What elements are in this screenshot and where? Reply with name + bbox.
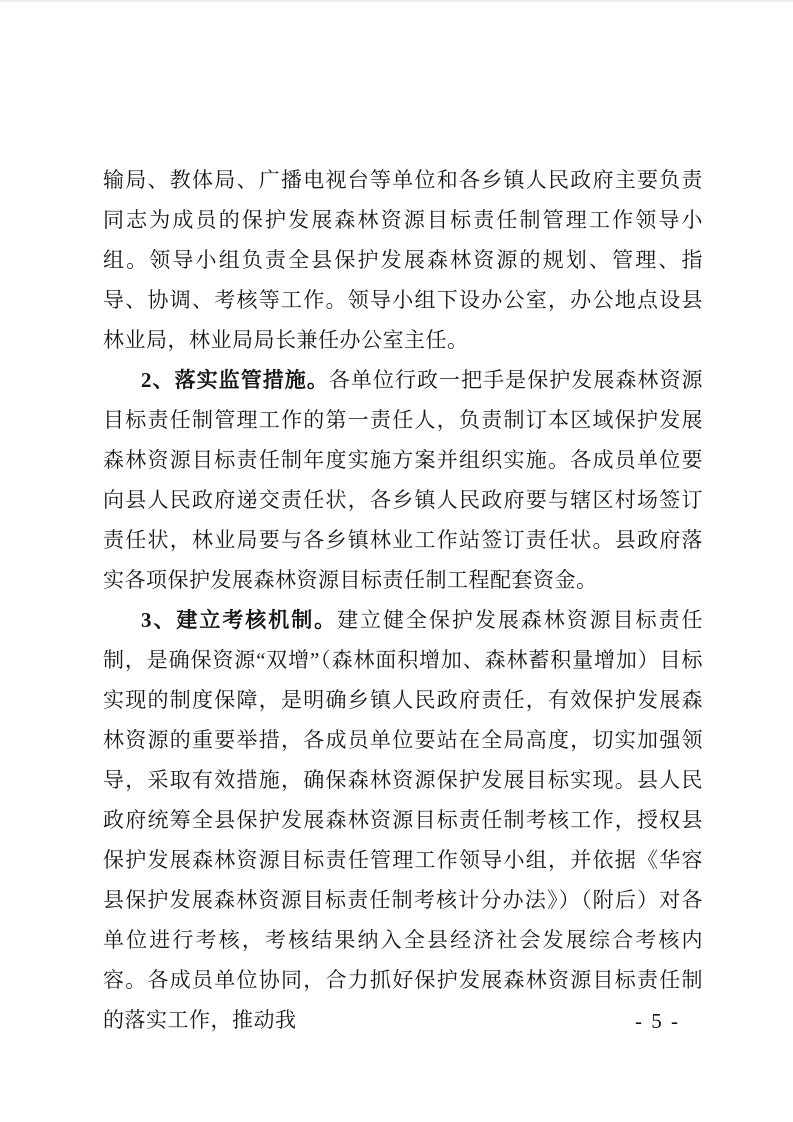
paragraph-text: 建立健全保护发展森林资源目标责任制，是确保资源“双增”（森林面积增加、森林蓄积量…	[103, 608, 703, 1032]
paragraph-lead: 2、落实监管措施。	[141, 368, 329, 392]
paragraph-lead: 3、建立考核机制。	[141, 608, 337, 632]
document-body: 输局、教体局、广播电视台等单位和各乡镇人民政府主要负责同志为成员的保护发展森林资…	[103, 160, 703, 1040]
paragraph-text: 输局、教体局、广播电视台等单位和各乡镇人民政府主要负责同志为成员的保护发展森林资…	[103, 168, 703, 352]
paragraph-item-3: 3、建立考核机制。建立健全保护发展森林资源目标责任制，是确保资源“双增”（森林面…	[103, 600, 703, 1040]
paragraph-text: 各单位行政一把手是保护发展森林资源目标责任制管理工作的第一责任人，负责制订本区域…	[103, 368, 703, 592]
paragraph-continuation: 输局、教体局、广播电视台等单位和各乡镇人民政府主要负责同志为成员的保护发展森林资…	[103, 160, 703, 360]
document-page: 输局、教体局、广播电视台等单位和各乡镇人民政府主要负责同志为成员的保护发展森林资…	[0, 0, 793, 1122]
paragraph-item-2: 2、落实监管措施。各单位行政一把手是保护发展森林资源目标责任制管理工作的第一责任…	[103, 360, 703, 600]
page-number: - 5 -	[635, 1009, 680, 1033]
page-footer: - 5 -	[0, 1008, 680, 1034]
